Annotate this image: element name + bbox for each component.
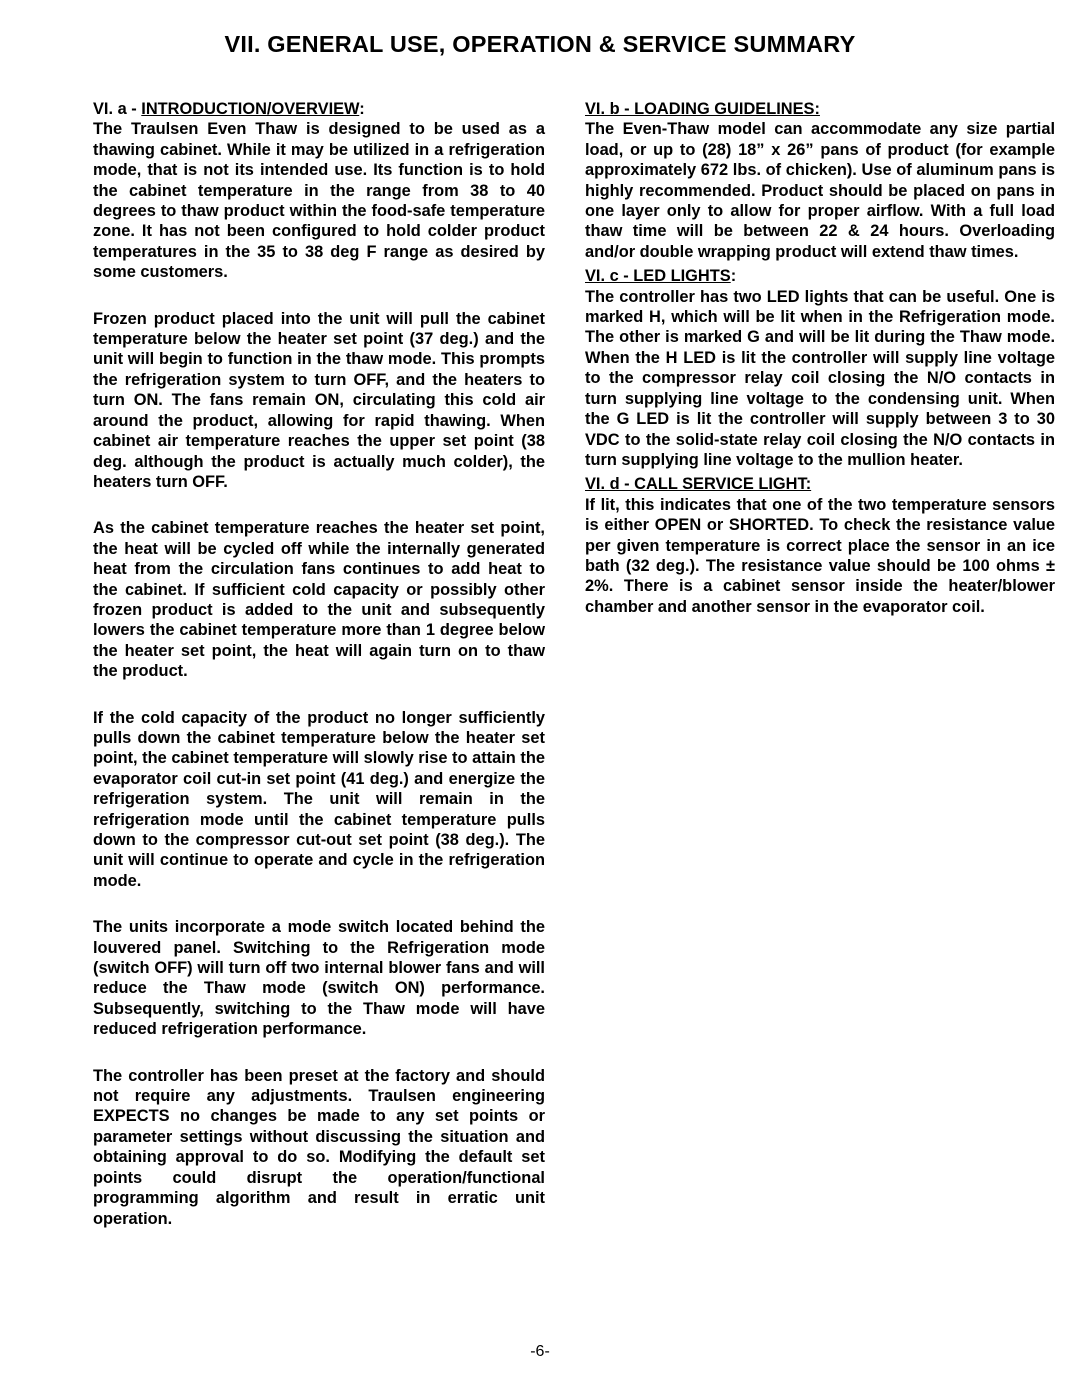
page-title: VII. GENERAL USE, OPERATION & SERVICE SU… — [0, 0, 1080, 58]
heading-suffix: : — [731, 267, 736, 285]
paragraph: The Traulsen Even Thaw is designed to be… — [93, 119, 545, 282]
two-column-layout: VI. a - INTRODUCTION/OVERVIEW: The Traul… — [0, 99, 1080, 1229]
document-page: VII. GENERAL USE, OPERATION & SERVICE SU… — [0, 0, 1080, 1397]
heading-underlined-text: VI. d - CALL SERVICE LIGHT: — [585, 475, 811, 493]
paragraph: Frozen product placed into the unit will… — [93, 309, 545, 493]
paragraph: If the cold capacity of the product no l… — [93, 708, 545, 892]
section-heading: VI. c - LED LIGHTS: — [585, 266, 1055, 286]
section-led-lights: VI. c - LED LIGHTS: The controller has t… — [585, 266, 1055, 470]
paragraph: As the cabinet temperature reaches the h… — [93, 518, 545, 681]
page-number: -6- — [0, 1343, 1080, 1361]
heading-underlined-text: VI. b - LOADING GUIDELINES: — [585, 100, 820, 118]
heading-prefix: VI. a - — [93, 100, 141, 118]
section-call-service-light: VI. d - CALL SERVICE LIGHT: If lit, this… — [585, 474, 1055, 617]
right-column: VI. b - LOADING GUIDELINES: The Even-Tha… — [585, 99, 1055, 1229]
section-heading: VI. d - CALL SERVICE LIGHT: — [585, 474, 1055, 494]
paragraph: The controller has two LED lights that c… — [585, 287, 1055, 471]
paragraph: If lit, this indicates that one of the t… — [585, 495, 1055, 617]
heading-underlined-text: INTRODUCTION/OVERVIEW — [141, 100, 359, 118]
section-loading-guidelines: VI. b - LOADING GUIDELINES: The Even-Tha… — [585, 99, 1055, 262]
heading-underlined-text: VI. c - LED LIGHTS — [585, 267, 731, 285]
section-heading: VI. b - LOADING GUIDELINES: — [585, 99, 1055, 119]
paragraph: The units incorporate a mode switch loca… — [93, 917, 545, 1039]
section-introduction-overview: VI. a - INTRODUCTION/OVERVIEW: The Traul… — [93, 99, 545, 1229]
heading-suffix: : — [359, 100, 364, 118]
paragraph: The controller has been preset at the fa… — [93, 1066, 545, 1229]
left-column: VI. a - INTRODUCTION/OVERVIEW: The Traul… — [93, 99, 545, 1229]
paragraph: The Even-Thaw model can accommodate any … — [585, 119, 1055, 262]
section-heading: VI. a - INTRODUCTION/OVERVIEW: — [93, 99, 545, 119]
